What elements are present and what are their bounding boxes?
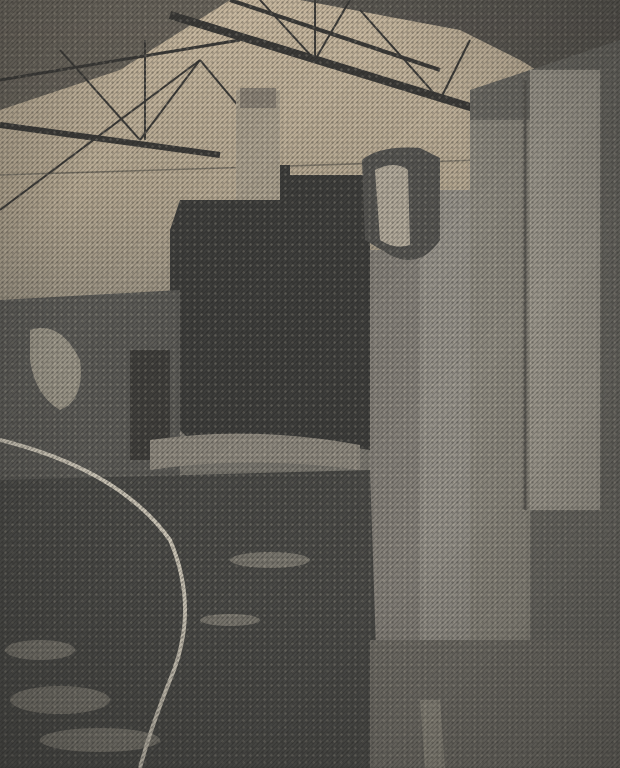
pillar	[420, 190, 470, 660]
industrial-hall-scene	[0, 0, 620, 768]
pillar	[370, 250, 425, 650]
pillar	[530, 70, 600, 510]
top-left-shadow	[0, 0, 230, 110]
pillar	[470, 120, 530, 680]
machine	[170, 165, 370, 450]
machine-hood-highlight	[375, 165, 410, 247]
machine-chimney-top	[240, 88, 276, 108]
newspaper-photo: Grainy halftone newspaper photograph of …	[0, 0, 620, 768]
floor-dark	[0, 470, 380, 768]
floor-right	[370, 640, 620, 768]
